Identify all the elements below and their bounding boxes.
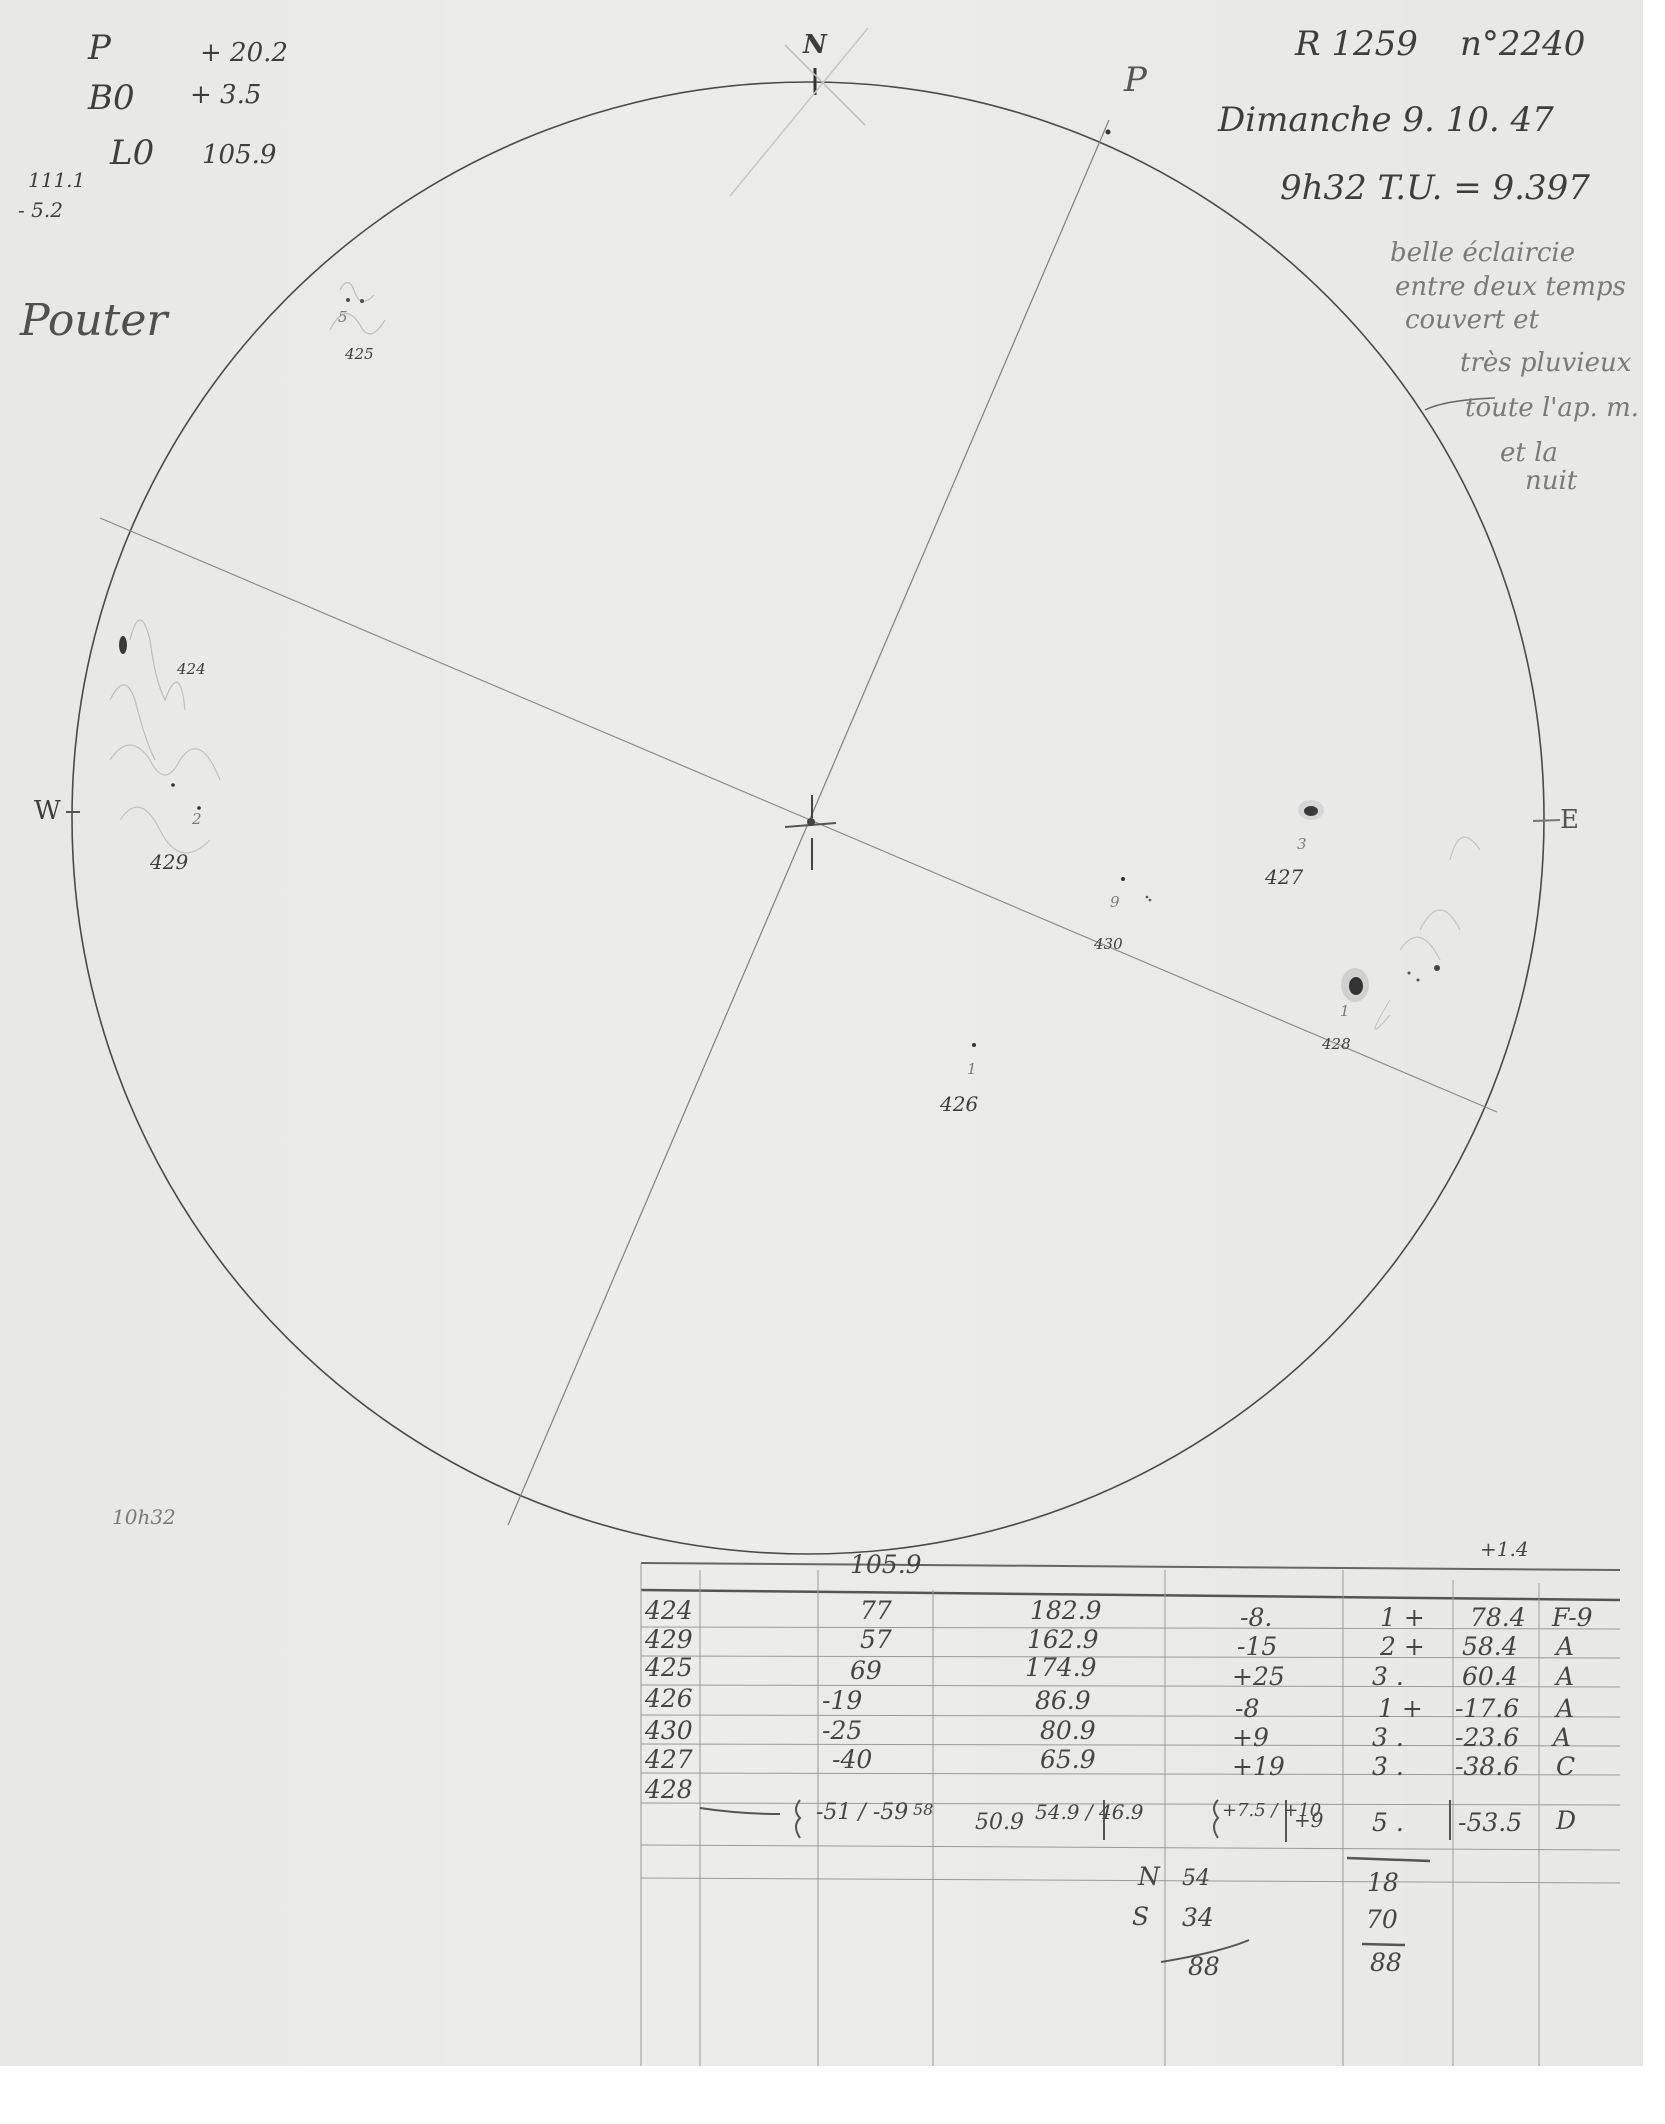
cell-group: 424 (645, 1596, 693, 1625)
east-label: E (1560, 805, 1579, 835)
group-label-426: 426 (940, 1092, 978, 1116)
north-total-value: 54 (1182, 1866, 1210, 1891)
cell-longitude: 65.9 (1040, 1745, 1096, 1774)
group-label-430: 430 (1094, 935, 1123, 953)
side-value-2: - 5.2 (18, 198, 63, 222)
group-count-429: 2 (192, 810, 202, 828)
group-count-428: 1 (1340, 1002, 1350, 1020)
note-line-1: belle éclaircie (1390, 238, 1575, 268)
cell-longitude: 162.9 (1027, 1625, 1099, 1654)
east-tick (1533, 820, 1560, 821)
cell-longitude-mean: 50.9 (975, 1810, 1024, 1835)
sunspot-group-426 (972, 1043, 976, 1047)
cell-longitude: 80.9 (1040, 1716, 1096, 1745)
b0-value: + 3.5 (190, 80, 261, 110)
cell-delta-mean: 58 (913, 1800, 933, 1819)
cell-type: F-9 (1552, 1603, 1593, 1632)
group-label-429: 429 (150, 850, 188, 874)
cell-latitude: +19 (1232, 1752, 1285, 1781)
count-subtotal-a: 18 (1367, 1868, 1399, 1897)
group-count-426: 1 (967, 1060, 977, 1078)
cell-type: D (1556, 1806, 1576, 1835)
north-label: N (803, 30, 827, 60)
cell-cmd: 78.4 (1470, 1603, 1526, 1632)
group-label-424: 424 (177, 660, 206, 678)
south-total-label: S (1132, 1902, 1149, 1931)
count-sum-total: 88 (1370, 1948, 1402, 1977)
cell-longitude: 174.9 (1025, 1653, 1097, 1682)
cell-latitude: +9 (1232, 1723, 1269, 1752)
sunspot-group-427 (1298, 800, 1324, 820)
cell-group: 427 (645, 1745, 693, 1774)
observer-signature: Pouter (20, 295, 167, 346)
cell-longitude: 54.9 / 46.9 (1035, 1800, 1144, 1824)
note-line-6: et la (1500, 438, 1558, 468)
cell-count: 1 + (1380, 1603, 1425, 1632)
cell-latitude: -8 (1235, 1694, 1259, 1723)
cell-count: 1 + (1378, 1694, 1423, 1723)
observation-date: Dimanche 9. 10. 47 (1218, 100, 1554, 140)
cell-cmd: -38.6 (1455, 1752, 1519, 1781)
cell-cmd: 60.4 (1462, 1662, 1518, 1691)
note-line-5: toute l'ap. m. (1465, 393, 1639, 423)
cell-group: 428 (645, 1775, 693, 1804)
cell-latitude: +25 (1232, 1662, 1285, 1691)
north-total-label: N (1138, 1862, 1160, 1891)
cell-type: A (1553, 1723, 1571, 1752)
cell-latitude: -8. (1240, 1603, 1272, 1632)
count-subtotal-b: 70 (1366, 1905, 1398, 1934)
observation-time: 9h32 T.U. = 9.397 (1280, 168, 1590, 208)
sunspot-group-430 (1121, 877, 1151, 901)
p-angle-label: P (88, 28, 111, 68)
cell-type: A (1556, 1694, 1574, 1723)
cell-delta-l: -40 (832, 1745, 872, 1774)
l0-label: L0 (110, 133, 154, 173)
west-label: W (34, 796, 61, 826)
cell-longitude: 86.9 (1035, 1686, 1091, 1715)
note-line-3: couvert et (1405, 305, 1539, 335)
b0-label: B0 (88, 78, 135, 118)
sunspot-group-424 (110, 620, 185, 760)
group-label-428: 428 (1322, 1035, 1351, 1053)
secondary-time-note: 10h32 (112, 1505, 176, 1529)
sunspot-group-429 (110, 745, 220, 853)
ns-sum-total: 88 (1188, 1952, 1220, 1981)
cell-delta-l: 69 (850, 1656, 882, 1685)
cell-delta-l: -19 (822, 1686, 862, 1715)
group-count-427: 3 (1297, 835, 1307, 853)
cell-delta-l: -51 / -59 (816, 1800, 908, 1825)
cell-type: A (1556, 1662, 1574, 1691)
cell-count: 5 . (1372, 1808, 1404, 1837)
cell-count: 3 . (1372, 1723, 1404, 1752)
group-count-430: 9 (1110, 893, 1120, 911)
cell-group: 430 (645, 1716, 693, 1745)
side-value-1: 111.1 (28, 168, 85, 192)
cell-count: 3 . (1372, 1662, 1404, 1691)
table-header-l0: 105.9 (850, 1550, 922, 1579)
note-line-2: entre deux temps (1395, 272, 1626, 302)
solar-disk-outline (72, 82, 1544, 1554)
cell-cmd: 58.4 (1462, 1632, 1518, 1661)
cell-group: 425 (645, 1653, 693, 1682)
cell-delta-l: 77 (860, 1596, 892, 1625)
pole-label: P (1124, 60, 1147, 100)
cell-count: 3 . (1372, 1752, 1404, 1781)
table-header-correction: +1.4 (1480, 1537, 1529, 1561)
group-label-425: 425 (345, 345, 374, 363)
cell-longitude: 182.9 (1030, 1596, 1102, 1625)
cell-latitude-mean: +9 (1294, 1808, 1323, 1832)
note-line-7: nuit (1525, 466, 1577, 496)
sunspot-group-428 (1341, 837, 1480, 1029)
south-total-value: 34 (1182, 1903, 1214, 1932)
cell-group: 426 (645, 1684, 693, 1713)
l0-value: 105.9 (202, 140, 276, 170)
cell-cmd: -17.6 (1455, 1694, 1519, 1723)
group-label-427: 427 (1265, 865, 1303, 889)
cell-group: 429 (645, 1625, 693, 1654)
heliographic-line (100, 518, 1497, 1112)
cell-cmd: -53.5 (1458, 1808, 1522, 1837)
cell-delta-l: -25 (822, 1716, 862, 1745)
cell-delta-l: 57 (860, 1625, 892, 1654)
cell-cmd: -23.6 (1455, 1723, 1519, 1752)
cell-count: 2 + (1380, 1632, 1425, 1661)
cell-type: A (1556, 1632, 1574, 1661)
rotation-number: R 1259 (1295, 24, 1418, 64)
cell-type: C (1556, 1752, 1575, 1781)
drawing-number: n°2240 (1460, 24, 1585, 64)
note-line-4: très pluvieux (1460, 348, 1631, 378)
group-count-425: 5 (338, 308, 348, 326)
cell-latitude: -15 (1237, 1632, 1277, 1661)
pole-point (1106, 130, 1111, 135)
p-angle-value: + 20.2 (200, 38, 288, 68)
